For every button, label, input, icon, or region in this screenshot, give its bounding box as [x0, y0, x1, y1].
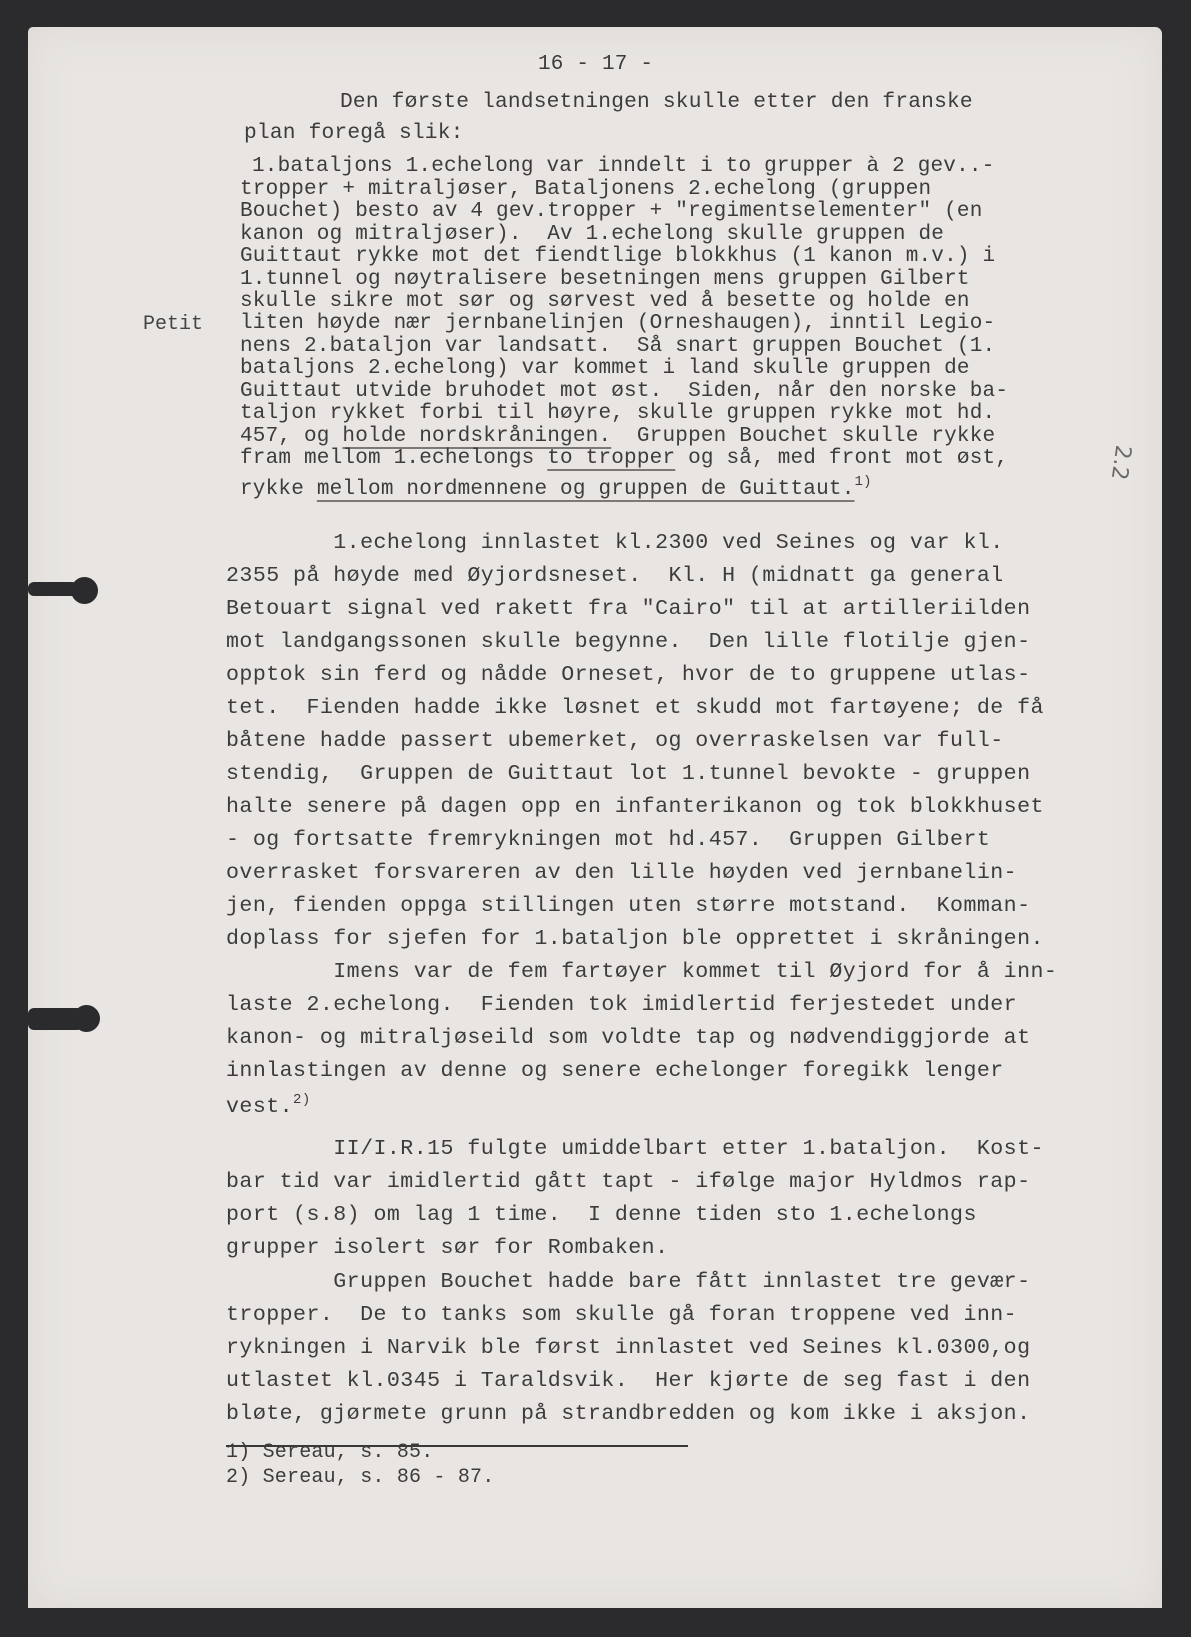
- petit-line: 457, og holde nordskråningen. Gruppen Bo…: [240, 426, 995, 448]
- page-number: 16 - 17 -: [538, 53, 653, 76]
- body-line: grupper isolert sør for Rombaken.: [226, 1236, 668, 1260]
- body-line: halte senere på dagen opp en infanterika…: [226, 795, 1044, 819]
- body-line: tet. Fienden hadde ikke løsnet et skudd …: [226, 696, 1044, 720]
- body-line: doplass for sjefen for 1.bataljon ble op…: [226, 927, 1044, 951]
- footnote-1: 1) Sereau, s. 85.: [226, 1441, 433, 1464]
- punch-hole-top: [71, 577, 98, 604]
- body-line: port (s.8) om lag 1 time. I denne tiden …: [226, 1203, 977, 1227]
- petit-line: kanon og mitraljøser). Av 1.echelong sku…: [240, 224, 944, 246]
- body-line: Gruppen Bouchet hadde bare fått innlaste…: [226, 1270, 1031, 1294]
- handwritten-margin-mark: 2.2: [1106, 443, 1136, 481]
- petit-line: Guittaut rykke mot det fiendtlige blokkh…: [240, 246, 995, 268]
- petit-line: liten høyde nær jernbanelinjen (Orneshau…: [240, 313, 995, 335]
- body-line: stendig, Gruppen de Guittaut lot 1.tunne…: [226, 762, 1031, 786]
- body-line: bar tid var imidlertid gått tapt - ifølg…: [226, 1170, 1031, 1194]
- body-line: jen, fienden oppga stillingen uten størr…: [226, 894, 1031, 918]
- body-line: overrasket forsvareren av den lille høyd…: [226, 861, 1017, 885]
- body-line: vest.2): [226, 1092, 311, 1119]
- petit-line: rykke mellom nordmennene og gruppen de G…: [240, 471, 872, 501]
- petit-line: nens 2.bataljon var landsatt. Så snart g…: [240, 336, 995, 358]
- body-line: 1.echelong innlastet kl.2300 ved Seines …: [226, 531, 1004, 555]
- petit-line: skulle sikre mot sør og sørvest ved å be…: [240, 291, 970, 313]
- petit-line: 1.bataljons 1.echelong var inndelt i to …: [252, 156, 995, 178]
- body-line: 2355 på høyde med Øyjordsneset. Kl. H (m…: [226, 564, 1004, 588]
- underlined-phrase: to tropper: [547, 447, 675, 470]
- petit-line: taljon rykket forbi til høyre, skulle gr…: [240, 403, 995, 425]
- petit-line: 1.tunnel og nøytralisere besetningen men…: [240, 269, 970, 291]
- petit-line: bataljons 2.echelong) var kommet i land …: [240, 358, 970, 380]
- body-line: II/I.R.15 fulgte umiddelbart etter 1.bat…: [226, 1137, 1044, 1161]
- footnote-2: 2) Sereau, s. 86 - 87.: [226, 1466, 494, 1489]
- body-line: bløte, gjørmete grunn på strandbredden o…: [226, 1402, 1031, 1426]
- petit-line: fram mellom 1.echelongs to tropper og så…: [240, 448, 1008, 470]
- body-line: tropper. De to tanks som skulle gå foran…: [226, 1303, 1017, 1327]
- intro-line-2: plan foregå slik:: [244, 121, 464, 145]
- petit-line: tropper + mitraljøser, Bataljonens 2.ech…: [240, 179, 931, 201]
- body-line: kanon- og mitraljøseild som voldte tap o…: [226, 1026, 1031, 1050]
- intro-line-1: Den første landsetningen skulle etter de…: [340, 90, 973, 114]
- body-line: opptok sin ferd og nådde Orneset, hvor d…: [226, 663, 1031, 687]
- underlined-phrase: holde nordskråningen.: [342, 425, 611, 448]
- body-line: Betouart signal ved rakett fra "Cairo" t…: [226, 597, 1031, 621]
- body-line: laste 2.echelong. Fienden tok imidlertid…: [226, 993, 1017, 1017]
- footnote-ref: 2): [293, 1092, 311, 1108]
- punch-hole-bottom: [73, 1005, 100, 1032]
- body-line: utlastet kl.0345 i Taraldsvik. Her kjørt…: [226, 1369, 1031, 1393]
- petit-line: Bouchet) besto av 4 gev.tropper + "regim…: [240, 201, 983, 223]
- underlined-phrase: mellom nordmennene og gruppen de Guittau…: [317, 478, 855, 501]
- body-line: båtene hadde passert ubemerket, og overr…: [226, 729, 1004, 753]
- body-line: mot landgangssonen skulle begynne. Den l…: [226, 630, 1031, 654]
- body-line: innlastingen av denne og senere echelong…: [226, 1059, 1004, 1083]
- margin-note-petit: Petit: [143, 313, 203, 336]
- body-line: - og fortsatte fremrykningen mot hd.457.…: [226, 828, 990, 852]
- footnote-ref: 1): [855, 474, 872, 490]
- body-line: Imens var de fem fartøyer kommet til Øyj…: [226, 960, 1057, 984]
- body-line: rykningen i Narvik ble først innlastet v…: [226, 1336, 1031, 1360]
- petit-line: Guittaut utvide bruhodet mot øst. Siden,…: [240, 381, 1008, 403]
